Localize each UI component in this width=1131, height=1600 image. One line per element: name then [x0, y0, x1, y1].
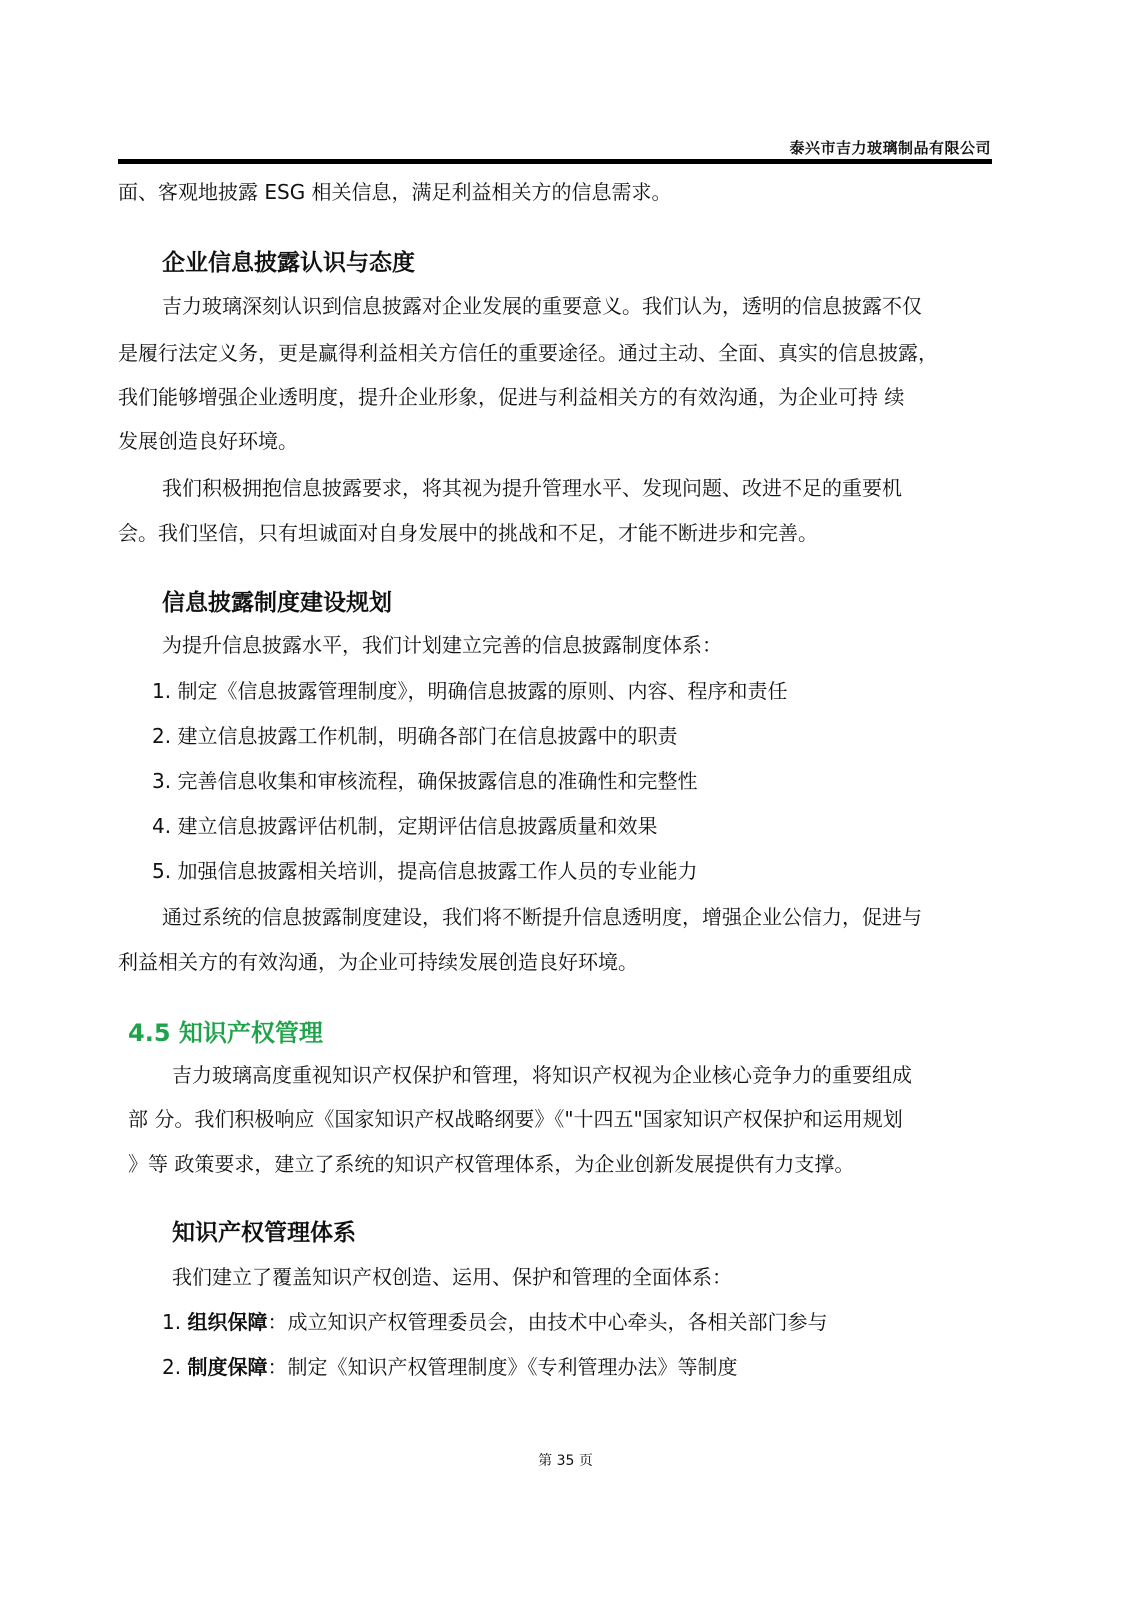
chapter-heading: 4.5 知识产权管理 — [128, 1013, 323, 1048]
list-text: ：制定《知识产权管理制度》《专利管理办法》等制度 — [267, 1355, 737, 1379]
paragraph-line: 通过系统的信息披露制度建设，我们将不断提升信息透明度，增强企业公信力，促进与 — [162, 903, 922, 931]
list-item: 4. 建立信息披露评估机制，定期评估信息披露质量和效果 — [152, 812, 657, 840]
paragraph-line: 我们建立了覆盖知识产权创造、运用、保护和管理的全面体系： — [172, 1263, 732, 1291]
section-heading: 信息披露制度建设规划 — [162, 584, 392, 617]
paragraph-line: 我们积极拥抱信息披露要求，将其视为提升管理水平、发现问题、改进不足的重要机 — [162, 474, 902, 502]
list-lead: 制度保障 — [187, 1355, 267, 1379]
section-heading: 知识产权管理体系 — [172, 1214, 356, 1247]
paragraph-line: 吉力玻璃深刻认识到信息披露对企业发展的重要意义。我们认为，透明的信息披露不仅 — [162, 292, 922, 320]
paragraph-line: 》等 政策要求，建立了系统的知识产权管理体系，为企业创新发展提供有力支撑。 — [128, 1150, 854, 1178]
paragraph-line: 为提升信息披露水平，我们计划建立完善的信息披露制度体系： — [162, 631, 722, 659]
list-number: 1. — [162, 1310, 187, 1334]
paragraph-line: 利益相关方的有效沟通，为企业可持续发展创造良好环境。 — [118, 948, 638, 976]
list-number: 2. — [162, 1355, 187, 1379]
list-item: 2. 制度保障：制定《知识产权管理制度》《专利管理办法》等制度 — [162, 1353, 737, 1381]
paragraph-line: 我们能够增强企业透明度，提升企业形象，促进与利益相关方的有效沟通，为企业可持 续 — [118, 383, 904, 411]
list-lead: 组织保障 — [187, 1310, 267, 1334]
section-heading: 企业信息披露认识与态度 — [162, 244, 415, 277]
header-rule — [118, 159, 992, 164]
list-item: 3. 完善信息收集和审核流程，确保披露信息的准确性和完整性 — [152, 767, 697, 795]
paragraph-line: 部 分。我们积极响应《国家知识产权战略纲要》《"十四五"国家知识产权保护和运用规… — [128, 1105, 903, 1133]
header-company: 泰兴市吉力玻璃制品有限公司 — [789, 137, 991, 158]
list-item: 2. 建立信息披露工作机制，明确各部门在信息披露中的职责 — [152, 722, 677, 750]
paragraph-line: 发展创造良好环境。 — [118, 427, 298, 455]
paragraph-line: 会。我们坚信，只有坦诚面对自身发展中的挑战和不足，才能不断进步和完善。 — [118, 519, 818, 547]
list-item: 1. 制定《信息披露管理制度》，明确信息披露的原则、内容、程序和责任 — [152, 677, 787, 705]
paragraph-line: 吉力玻璃高度重视知识产权保护和管理，将知识产权视为企业核心竞争力的重要组成 — [172, 1061, 912, 1089]
intro-tail: 面、客观地披露 ESG 相关信息，满足利益相关方的信息需求。 — [118, 178, 672, 206]
page-number: 第 35 页 — [0, 1450, 1131, 1470]
list-text: ：成立知识产权管理委员会，由技术中心牵头，各相关部门参与 — [267, 1310, 827, 1334]
list-item: 1. 组织保障：成立知识产权管理委员会，由技术中心牵头，各相关部门参与 — [162, 1308, 827, 1336]
paragraph-line: 是履行法定义务，更是赢得利益相关方信任的重要途径。通过主动、全面、真实的信息披露… — [118, 339, 938, 367]
list-item: 5. 加强信息披露相关培训，提高信息披露工作人员的专业能力 — [152, 857, 697, 885]
